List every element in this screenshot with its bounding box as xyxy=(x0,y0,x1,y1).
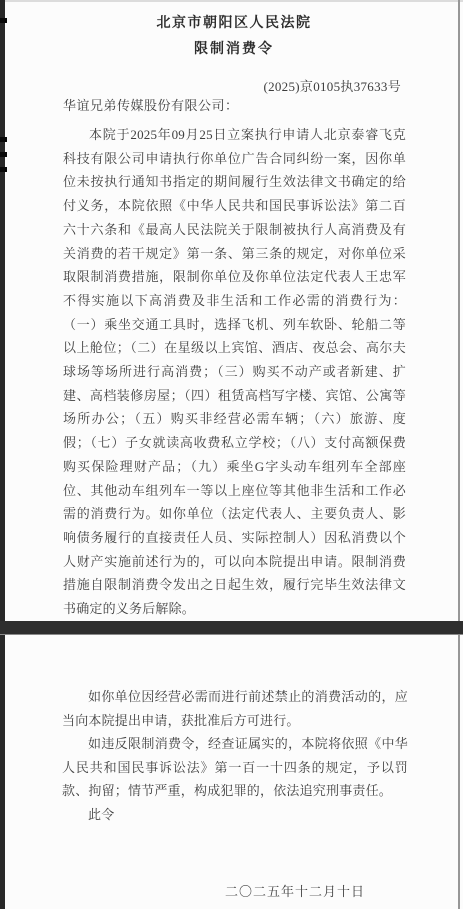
screenshot-stitch-band xyxy=(0,621,463,635)
addressee: 华谊兄弟传媒股份有限公司： xyxy=(63,98,463,114)
business-exception-paragraph: 如你单位因经营必需而进行前述禁止的消费活动的，应当向本院提出申请，获批准后方可进… xyxy=(62,635,408,732)
document-scan: 北京市朝阳区人民法院 限制消费令 (2025)京0105执37633号 华谊兄弟… xyxy=(0,0,463,909)
scan-artifact xyxy=(0,167,7,172)
document-page-1: 北京市朝阳区人民法院 限制消费令 (2025)京0105执37633号 华谊兄弟… xyxy=(5,2,463,621)
document-title: 限制消费令 xyxy=(5,41,463,59)
scan-artifact xyxy=(0,137,7,142)
case-number: (2025)京0105执37633号 xyxy=(5,79,401,95)
issue-date: 二〇二五年十二月十日 xyxy=(5,880,365,903)
scan-artifact xyxy=(0,152,7,157)
closing-phrase: 此令 xyxy=(62,803,463,827)
violation-consequences-paragraph: 如违反限制消费令，经查证属实的，本院将依照《中华人民共和国民事诉讼法》第一百一十… xyxy=(62,732,408,803)
scan-top-edge xyxy=(0,0,463,2)
order-body-paragraph: 本院于2025年09月25日立案执行申请人北京泰睿飞克科技有限公司申请执行你单位… xyxy=(63,123,406,621)
scan-right-border xyxy=(458,0,460,909)
scan-artifact xyxy=(0,18,7,23)
document-page-2: 如你单位因经营必需而进行前述禁止的消费活动的，应当向本院提出申请，获批准后方可进… xyxy=(5,635,463,909)
court-name: 北京市朝阳区人民法院 xyxy=(5,15,463,33)
